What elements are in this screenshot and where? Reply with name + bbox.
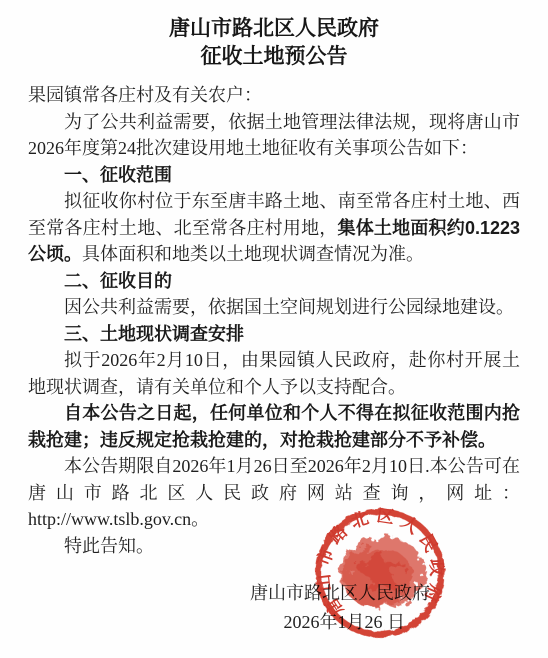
- salutation: 果园镇常各庄村及有关农户：: [28, 82, 520, 109]
- announcement-document: 唐山市路北区人民政府 征收土地预公告 果园镇常各庄村及有关农户： 为了公共利益需…: [0, 0, 548, 658]
- section-1-paragraph: 拟征收你村位于东至唐丰路土地、南至常各庄村土地、西至常各庄村土地、北至常各庄村用…: [28, 188, 520, 268]
- period-paragraph: 本公告期限自2026年1月26日至2026年2月10日.本公告可在唐山市路北区人…: [28, 453, 520, 533]
- closing-line: 特此告知。: [28, 533, 520, 560]
- signature-org: 唐山市路北区人民政府: [0, 579, 548, 608]
- signature-date: 2026年1月26 日: [0, 608, 548, 637]
- warning-paragraph: 自本公告之日起，任何单位和个人不得在拟征收范围内抢栽抢建；违反规定抢栽抢建的，对…: [28, 400, 520, 453]
- signature-block: 唐山市路北区人民政府 2026年1月26 日: [0, 579, 548, 637]
- section-2-paragraph: 因公共利益需要，依据国土空间规划进行公园绿地建设。: [28, 294, 520, 321]
- document-body: 果园镇常各庄村及有关农户： 为了公共利益需要，依据土地管理法律法规，现将唐山市2…: [28, 82, 520, 559]
- section-3-heading: 三、土地现状调查安排: [28, 321, 520, 348]
- section-1-text-normal-2: 具体面积和地类以土地现状调查情况为准。: [82, 244, 424, 264]
- page-title-line1: 唐山市路北区人民政府: [0, 15, 548, 43]
- page-title-line2: 征收土地预公告: [0, 43, 548, 71]
- section-1-heading: 一、征收范围: [28, 162, 520, 189]
- intro-paragraph: 为了公共利益需要，依据土地管理法律法规，现将唐山市2026年度第24批次建设用地…: [28, 109, 520, 162]
- section-3-paragraph: 拟于2026年2月10日，由果园镇人民政府，赴你村开展土地现状调查，请有关单位和…: [28, 347, 520, 400]
- document-title: 唐山市路北区人民政府 征收土地预公告: [0, 0, 548, 71]
- section-2-heading: 二、征收目的: [28, 268, 520, 295]
